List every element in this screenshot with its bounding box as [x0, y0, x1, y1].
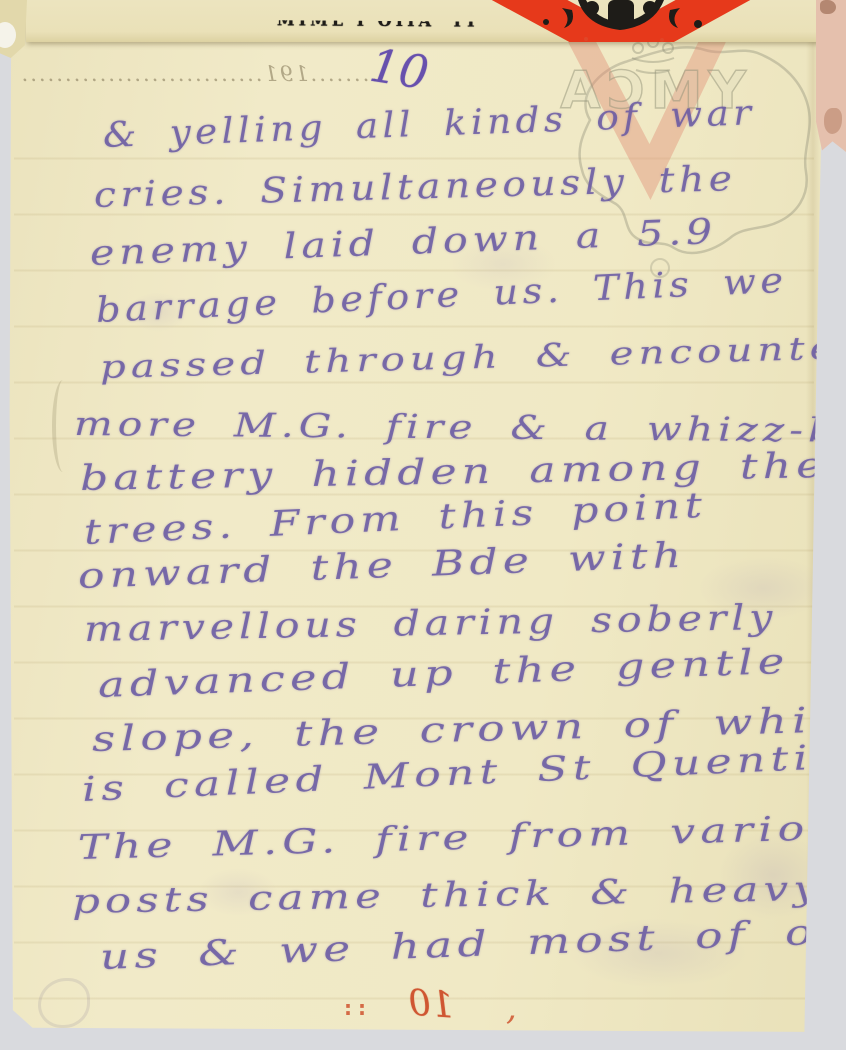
date-line: ........191.............................… [18, 62, 378, 92]
handwriting-line: & yelling all kinds of war [102, 93, 756, 156]
ink-smudge [52, 380, 74, 472]
red-marks: :: [344, 996, 372, 1020]
handwriting-line: more M.G. fire & a whizz-bang [74, 404, 846, 450]
handwriting-line: posts came thick & heavy on [72, 867, 846, 922]
handwriting-line: cries. Simultaneously the [93, 159, 736, 216]
red-comma-mark: , [506, 988, 517, 1028]
handwriting-line: passed through & encountered [100, 326, 846, 386]
page-crease [806, 40, 820, 1036]
handwriting-line: advanced up the gentle [97, 642, 790, 706]
ymca-red-triangle-icon [26, 0, 824, 42]
handwriting-line: battery hidden among the [80, 446, 828, 499]
handwriting-line: enemy laid down a 5.9 [89, 212, 717, 274]
handwriting-line: barrage before us. This we [95, 261, 788, 331]
handwriting-line: The M.G. fire from various [77, 807, 846, 868]
crown-ghost-icon [632, 37, 674, 73]
diary-page: YMCA ........191........................… [8, 0, 824, 1036]
scan-background: YMCA ........191........................… [0, 0, 846, 1050]
corner-fragment-top-right [816, 0, 846, 152]
ink-smudge [38, 978, 90, 1028]
red-page-stamp: 10 [407, 982, 456, 1026]
handwriting-line: marvellous daring soberly [84, 598, 778, 650]
previous-page-edge: 'MIML I OIIA 'IT [26, 0, 824, 42]
handwriting-line: us & we had most of our [99, 911, 846, 978]
page-number: 10 [366, 38, 432, 100]
